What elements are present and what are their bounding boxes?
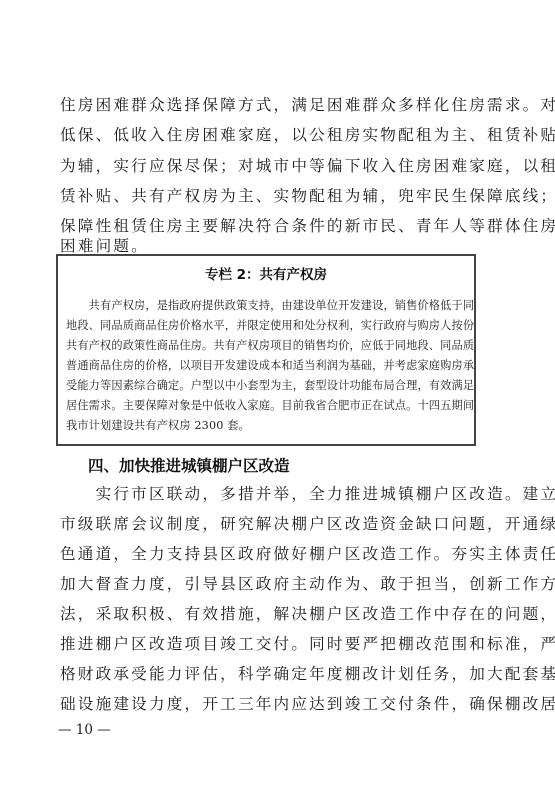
text-line: 加大督查力度，引导县区政府主动作为、敢于担当，创新工作方 [60, 574, 480, 594]
text-line: 推进棚户区改造项目竣工交付。同时要严把棚改范围和标准，严 [60, 634, 480, 654]
sidebar-box-title: 专栏 2：共有产权房 [58, 263, 474, 283]
text-line: 赁补贴、共有产权房为主、实物配租为辅，兜牢民生保障底线； [60, 186, 480, 206]
text-line: 困难问题。 [60, 236, 480, 256]
text-line: 实行市区联动，多措并举，全力推进城镇棚户区改造。建立 [60, 484, 480, 504]
text-line: 法，采取积极、有效措施，解决棚户区改造工作中存在的问题， [60, 604, 480, 624]
text-line: 格财政承受能力评估，科学确定年度棚改计划任务，加大配套基 [60, 664, 480, 684]
box-text-line: 地段、同品质商品住房价格水平，并限定使用和处分权利，实行政府与购房人按份 [66, 318, 474, 334]
text-line: 住房困难群众选择保障方式，满足困难群众多样化住房需求。对 [60, 95, 480, 115]
text-line: 础设施建设力度，开工三年内应达到竣工交付条件，确保棚改居 [60, 694, 480, 714]
box-text-line: 受能力等因素综合确定。户型以中小套型为主，套型设计功能布局合理，有效满足 [66, 378, 474, 394]
section-heading: 四、加快推进城镇棚户区改造 [88, 454, 290, 476]
text-line: 为辅，实行应保尽保；对城市中等偏下收入住房困难家庭，以租 [60, 156, 480, 176]
text-line: 市级联席会议制度，研究解决棚户区改造资金缺口问题，开通绿 [60, 514, 480, 534]
box-text-line: 普通商品住房的价格，以项目开发建设成本和适当利润为基础，并考虑家庭购房承 [66, 358, 474, 374]
box-text-line: 共有产权的政策性商品住房。共有产权房项目的销售均价，应低于同地段、同品质 [66, 338, 474, 354]
sidebar-box: 专栏 2：共有产权房 共有产权房，是指政府提供政策支持，由建设单位开发建设，销售… [56, 254, 476, 446]
text-line: 低保、低收入住房困难家庭，以公租房实物配租为主、租赁补贴 [60, 125, 480, 145]
page-number: — 10 — [58, 722, 111, 738]
box-text-line: 我市计划建设共有产权房 2300 套。 [66, 418, 250, 434]
text-line: 色通道，全力支持县区政府做好棚户区改造工作。夯实主体责任， [60, 544, 480, 564]
text-line: 保障性租赁住房主要解决符合条件的新市民、青年人等群体住房 [60, 216, 480, 236]
box-text-line: 共有产权房，是指政府提供政策支持，由建设单位开发建设，销售价格低于同 [66, 298, 474, 314]
box-text-line: 居住需求。主要保障对象是中低收入家庭。目前我省合肥市正在试点。十四五期间 [66, 398, 474, 414]
